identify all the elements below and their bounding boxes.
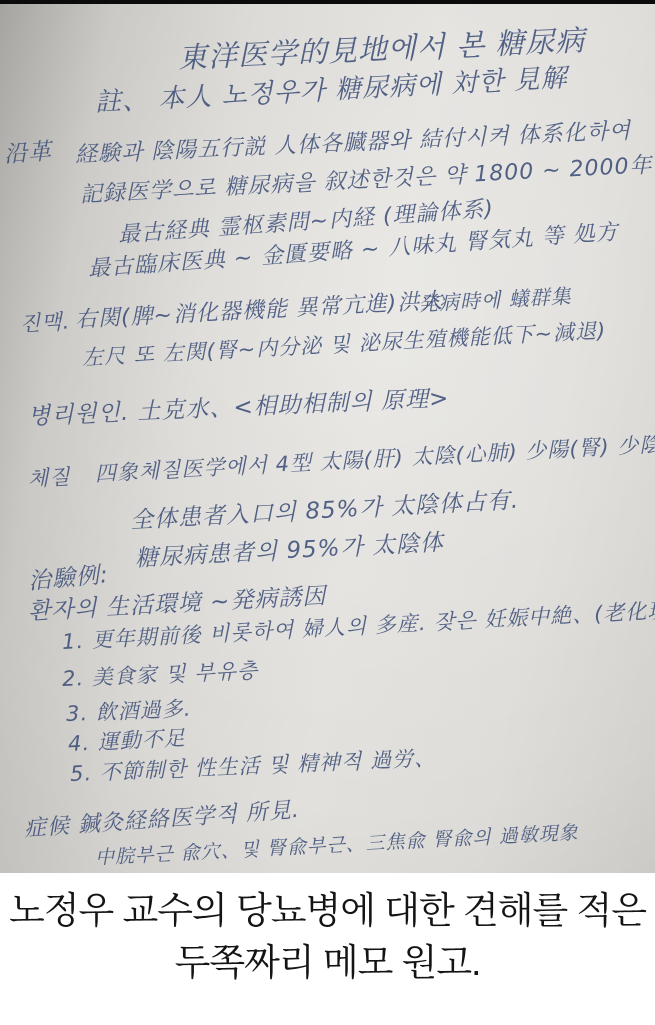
photo-caption: 노정우 교수의 당뇨병에 대한 견해를 적은 두쪽짜리 메모 원고. <box>0 873 655 1025</box>
manuscript-line-14: 四象체질医学에서 4型 太陽(肝) 太陰(心肺) 少陽(腎) 少陰 <box>94 428 655 488</box>
manuscript-line-3: 沿革 <box>3 133 53 169</box>
manuscript-line-9: 진맥. <box>19 305 71 338</box>
manuscript-line-22: 4. 運動不足 <box>67 722 186 758</box>
manuscript-photo: 東洋医学的見地에서 본 糖尿病註、 本人 노정우가 糖尿病에 対한 見解沿革経験… <box>0 4 655 873</box>
caption-line-2: 두쪽짜리 메모 원고. <box>0 937 655 989</box>
manuscript-line-15: 全体患者入口의 85%가 太陰体占有. <box>129 482 520 535</box>
manuscript-line-20: 2. 美食家 및 부유층 <box>61 654 258 693</box>
manuscript-line-12: 병리원인. 土克水、<相助相制의 原理> <box>27 380 450 431</box>
caption-line-1: 노정우 교수의 당뇨병에 대한 견해를 적은 <box>0 885 655 937</box>
manuscript-line-13: 체질 <box>27 461 71 493</box>
article-figure: 東洋医学的見地에서 본 糖尿病註、 本人 노정우가 糖尿病에 対한 見解沿革経験… <box>0 0 655 1025</box>
